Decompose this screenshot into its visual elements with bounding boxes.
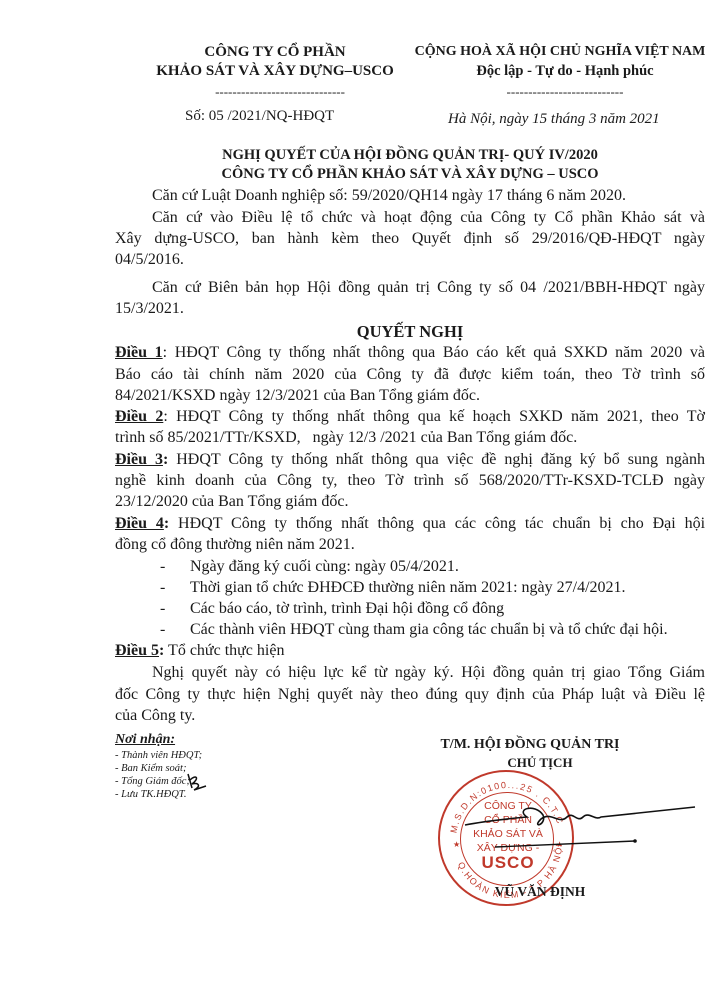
basis-2-line1: Căn cứ vào Điều lệ tổ chức và hoạt động … — [152, 209, 705, 227]
article-3-label: Điều 3 — [115, 451, 163, 468]
national-title: CỘNG HOÀ XÃ HỘI CHỦ NGHĨA VIỆT NAM — [410, 44, 710, 60]
right-divider: --------------------------- — [475, 84, 655, 100]
signature-on-behalf: T/M. HỘI ĐỒNG QUẢN TRỊ — [420, 737, 640, 753]
recipient-4: - Lưu TK.HĐQT. — [115, 789, 186, 800]
article-3-line2: nghề kinh doanh của Công ty, theo Tờ trì… — [115, 472, 705, 490]
basis-3-line2: 15/3/2021. — [115, 300, 184, 318]
article-4-line1: Điều 4: HĐQT Công ty thống nhất thông qu… — [115, 515, 705, 533]
national-motto: Độc lập - Tự do - Hạnh phúc — [440, 63, 690, 80]
article-3-line1: Điều 3: HĐQT Công ty thống nhất thông qu… — [115, 451, 705, 469]
article-2-line1: Điều 2: HĐQT Công ty thống nhất thông qu… — [115, 408, 705, 426]
basis-1: Căn cứ Luật Doanh nghiệp số: 59/2020/QH1… — [152, 187, 626, 205]
bullet-text: Thời gian tổ chức ĐHĐCĐ thường niên năm … — [190, 579, 626, 596]
document-date: Hà Nội, ngày 15 tháng 3 năm 2021 — [448, 111, 660, 128]
article-1-text: HĐQT Công ty thống nhất thông qua Báo cá… — [167, 344, 705, 361]
company-name-line1: CÔNG TY CỔ PHẦN — [150, 44, 400, 61]
article-5-para-line1: Nghị quyết này có hiệu lực kể từ ngày ký… — [152, 664, 705, 682]
basis-2-line3: 04/5/2016. — [115, 251, 184, 269]
handwritten-signature-icon — [455, 795, 705, 855]
article-2-label: Điều 2 — [115, 408, 163, 425]
article-1-line2: Báo cáo tài chính năm 2020 của Công ty đ… — [115, 366, 705, 384]
article-4-bullet-1: -Ngày đăng ký cuối cùng: ngày 05/4/2021. — [160, 558, 459, 576]
article-4-bullet-4: -Các thành viên HĐQT cùng tham gia công … — [160, 621, 668, 639]
resolution-heading: QUYẾT NGHỊ — [100, 322, 720, 342]
document-number: Số: 05 /2021/NQ-HĐQT — [185, 108, 334, 125]
bullet-text: Các báo cáo, tờ trình, trình Đại hội đồn… — [190, 600, 504, 617]
resolution-title-line2: CÔNG TY CỔ PHẦN KHẢO SÁT VÀ XÂY DỰNG – U… — [100, 166, 720, 183]
company-name-line2: KHẢO SÁT VÀ XÂY DỰNG–USCO — [120, 63, 430, 80]
article-2-text: HĐQT Công ty thống nhất thông qua kế hoạ… — [168, 408, 705, 425]
article-4-line2: đồng cổ đông thường niên năm 2021. — [115, 536, 355, 554]
article-2-line2: trình số 85/2021/TTr/KSXD, ngày 12/3 /20… — [115, 429, 577, 447]
signer-name: VŨ VĂN ĐỊNH — [470, 884, 610, 900]
recipient-2: - Ban Kiểm soát; — [115, 763, 186, 774]
article-4-text: HĐQT Công ty thống nhất thông qua các cô… — [169, 515, 705, 532]
article-4-label: Điều 4 — [115, 515, 164, 532]
article-5-line1: Điều 5: Tổ chức thực hiện — [115, 642, 284, 660]
bullet-text: Ngày đăng ký cuối cùng: ngày 05/4/2021. — [190, 558, 459, 575]
article-4-bullet-3: -Các báo cáo, tờ trình, trình Đại hội đồ… — [160, 600, 504, 618]
signature-role: CHỦ TỊCH — [480, 755, 600, 771]
article-4-bullet-2: -Thời gian tổ chức ĐHĐCĐ thường niên năm… — [160, 579, 626, 597]
article-5-text: Tổ chức thực hiện — [164, 642, 284, 659]
left-divider: ------------------------------ — [185, 84, 375, 100]
recipients-title: Nơi nhận: — [115, 732, 175, 748]
article-5-para-line2: đốc Công ty thực hiện Nghị quyết này the… — [115, 686, 705, 704]
initials-scribble-icon — [182, 770, 210, 798]
article-1-line1: Điều 1: HĐQT Công ty thống nhất thông qu… — [115, 344, 705, 362]
recipient-3: - Tổng Giám đốc; — [115, 776, 190, 787]
resolution-title-line1: NGHỊ QUYẾT CỦA HỘI ĐỒNG QUẢN TRỊ- QUÝ IV… — [100, 147, 720, 164]
seal-line5: USCO — [440, 856, 576, 869]
article-3-line3: 23/12/2020 của Ban Tổng giám đốc. — [115, 493, 348, 511]
basis-3-line1: Căn cứ Biên bản họp Hội đồng quản trị Cô… — [152, 279, 705, 297]
basis-2-line2: Xây dựng-USCO, ban hành kèm theo Quyết đ… — [115, 230, 705, 248]
article-1-line3: 84/2021/KSXD ngày 12/3/2021 của Ban Tổng… — [115, 387, 480, 405]
article-1-label: Điều 1 — [115, 344, 163, 361]
article-5-label: Điều 5 — [115, 642, 159, 659]
article-5-para-line3: của Công ty. — [115, 707, 195, 725]
bullet-text: Các thành viên HĐQT cùng tham gia công t… — [190, 621, 668, 638]
recipient-1: - Thành viên HĐQT; — [115, 750, 202, 761]
article-3-text: HĐQT Công ty thống nhất thông qua việc đ… — [168, 451, 705, 468]
